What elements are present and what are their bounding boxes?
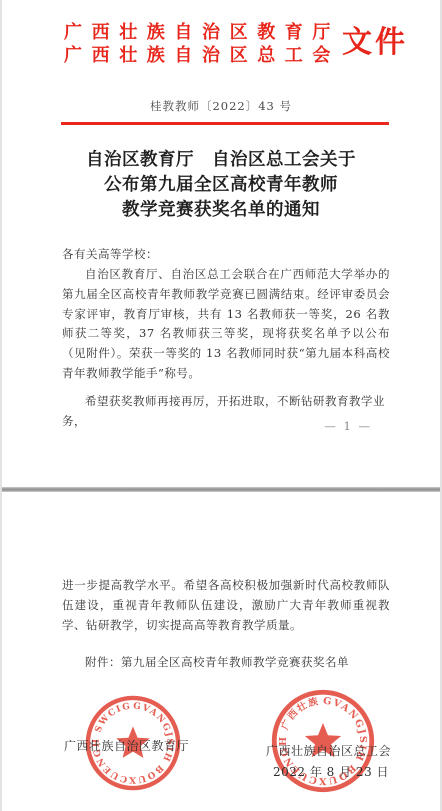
salutation: 各有关高等学校： [62,245,158,265]
signature-left-org: 广西壮族自治区教育厅 [64,737,189,754]
document-number: 桂教教师〔2022〕43 号 [2,98,440,114]
attachment-line: 附件：第九届全区高校青年教师教学竞赛获奖名单 [62,653,390,673]
body-paragraph-continued: 进一步提高教学水平。希望各高校积极加强新时代高校教师队伍建设，重视青年教师队伍建… [62,576,390,635]
letterhead-org-line-1: 广西壮族自治区教育厅 [64,24,340,42]
signature-right-org: 广西壮族自治区总工会 [266,742,391,759]
page-number: — 1 — [324,419,372,433]
signature-date: 2022 年 8 月 23 日 [273,763,389,780]
document-title: 自治区教育厅 自治区总工会关于 公布第九届全区高校青年教师 教学竞赛获奖名单的通… [2,148,440,223]
title-line-1: 自治区教育厅 自治区总工会关于 [2,148,440,173]
page-2: 进一步提高教学水平。希望各高校积极加强新时代高校教师队伍建设，重视青年教师队伍建… [2,492,440,811]
page-1: 广西壮族自治区教育厅 广西壮族自治区总工会 文件 桂教教师〔2022〕43 号 … [2,0,440,487]
letterhead-doc-type: 文件 [342,28,408,58]
letterhead-org-line-2: 广西壮族自治区总工会 [64,47,340,65]
document-viewer: 广西壮族自治区教育厅 广西壮族自治区总工会 文件 桂教教师〔2022〕43 号 … [0,0,442,811]
title-line-2: 公布第九届全区高校青年教师 [2,173,440,198]
title-line-3: 教学竞赛获奖名单的通知 [2,198,440,223]
body-paragraph-1: 自治区教育厅、自治区总工会联合在广西师范大学举办的第九届全区高校青年教师教学竞赛… [62,265,390,384]
letterhead-rule [61,122,389,125]
